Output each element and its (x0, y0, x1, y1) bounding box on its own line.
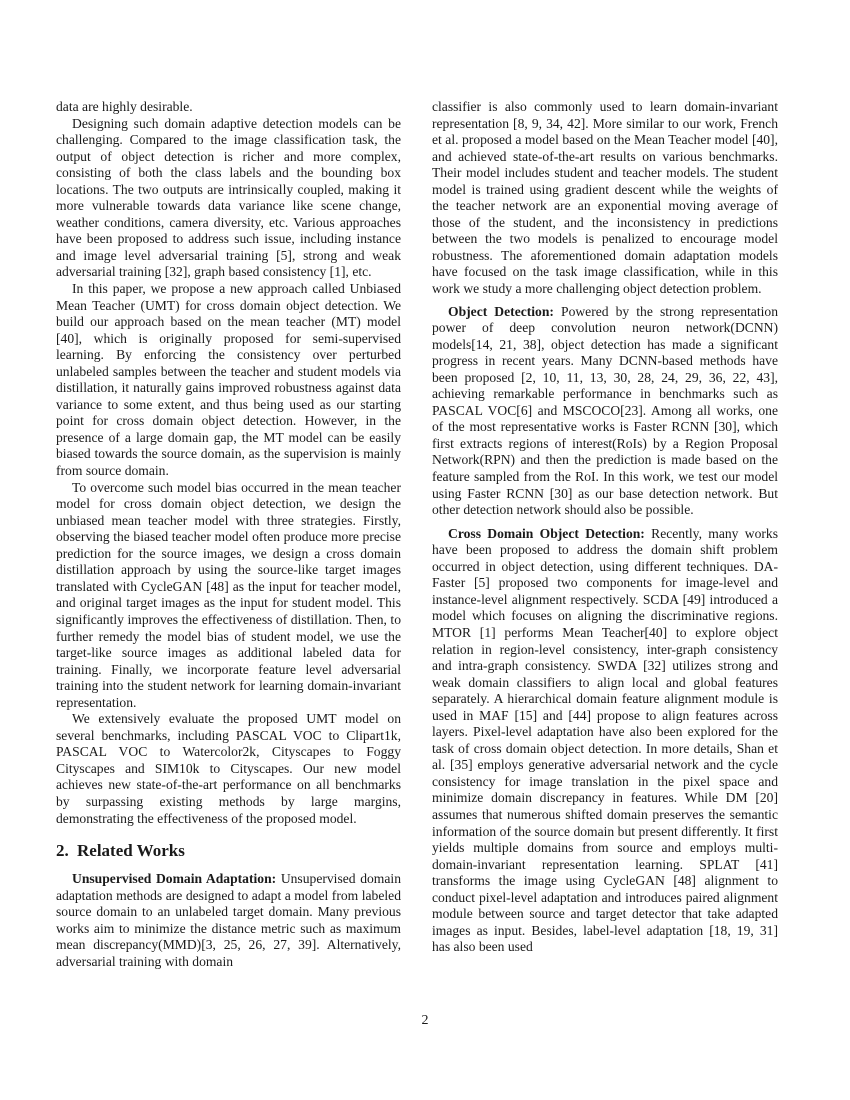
section-heading-related-works: 2. Related Works (56, 841, 401, 861)
paragraph-uda-continued: classifier is also commonly used to lear… (432, 99, 778, 298)
paragraph-cross-domain: Cross Domain Object Detection: Recently,… (432, 526, 778, 956)
paragraph-umt-approach: In this paper, we propose a new approach… (56, 281, 401, 480)
page-number: 2 (0, 1013, 850, 1029)
paragraph-evaluation: We extensively evaluate the proposed UMT… (56, 711, 401, 827)
section-title: Related Works (77, 841, 185, 860)
cross-domain-body: Recently, many works have been proposed … (432, 526, 778, 955)
subsection-heading-object-detection: Object Detection: (448, 304, 554, 319)
paragraph-challenges: Designing such domain adaptive detection… (56, 116, 401, 281)
subsection-heading-cross-domain: Cross Domain Object Detection: (448, 526, 645, 541)
section-number: 2. (56, 841, 69, 860)
paragraph-strategies: To overcome such model bias occurred in … (56, 480, 401, 712)
paragraph-object-detection: Object Detection: Powered by the strong … (432, 304, 778, 519)
subsection-heading-uda: Unsupervised Domain Adaptation: (72, 871, 276, 886)
object-detection-body: Powered by the strong representation pow… (432, 304, 778, 518)
right-column: classifier is also commonly used to lear… (432, 99, 778, 956)
paragraph-uda: Unsupervised Domain Adaptation: Unsuperv… (56, 871, 401, 970)
paragraph-intro-end: data are highly desirable. (56, 99, 401, 116)
left-column: data are highly desirable. Designing suc… (56, 99, 401, 970)
